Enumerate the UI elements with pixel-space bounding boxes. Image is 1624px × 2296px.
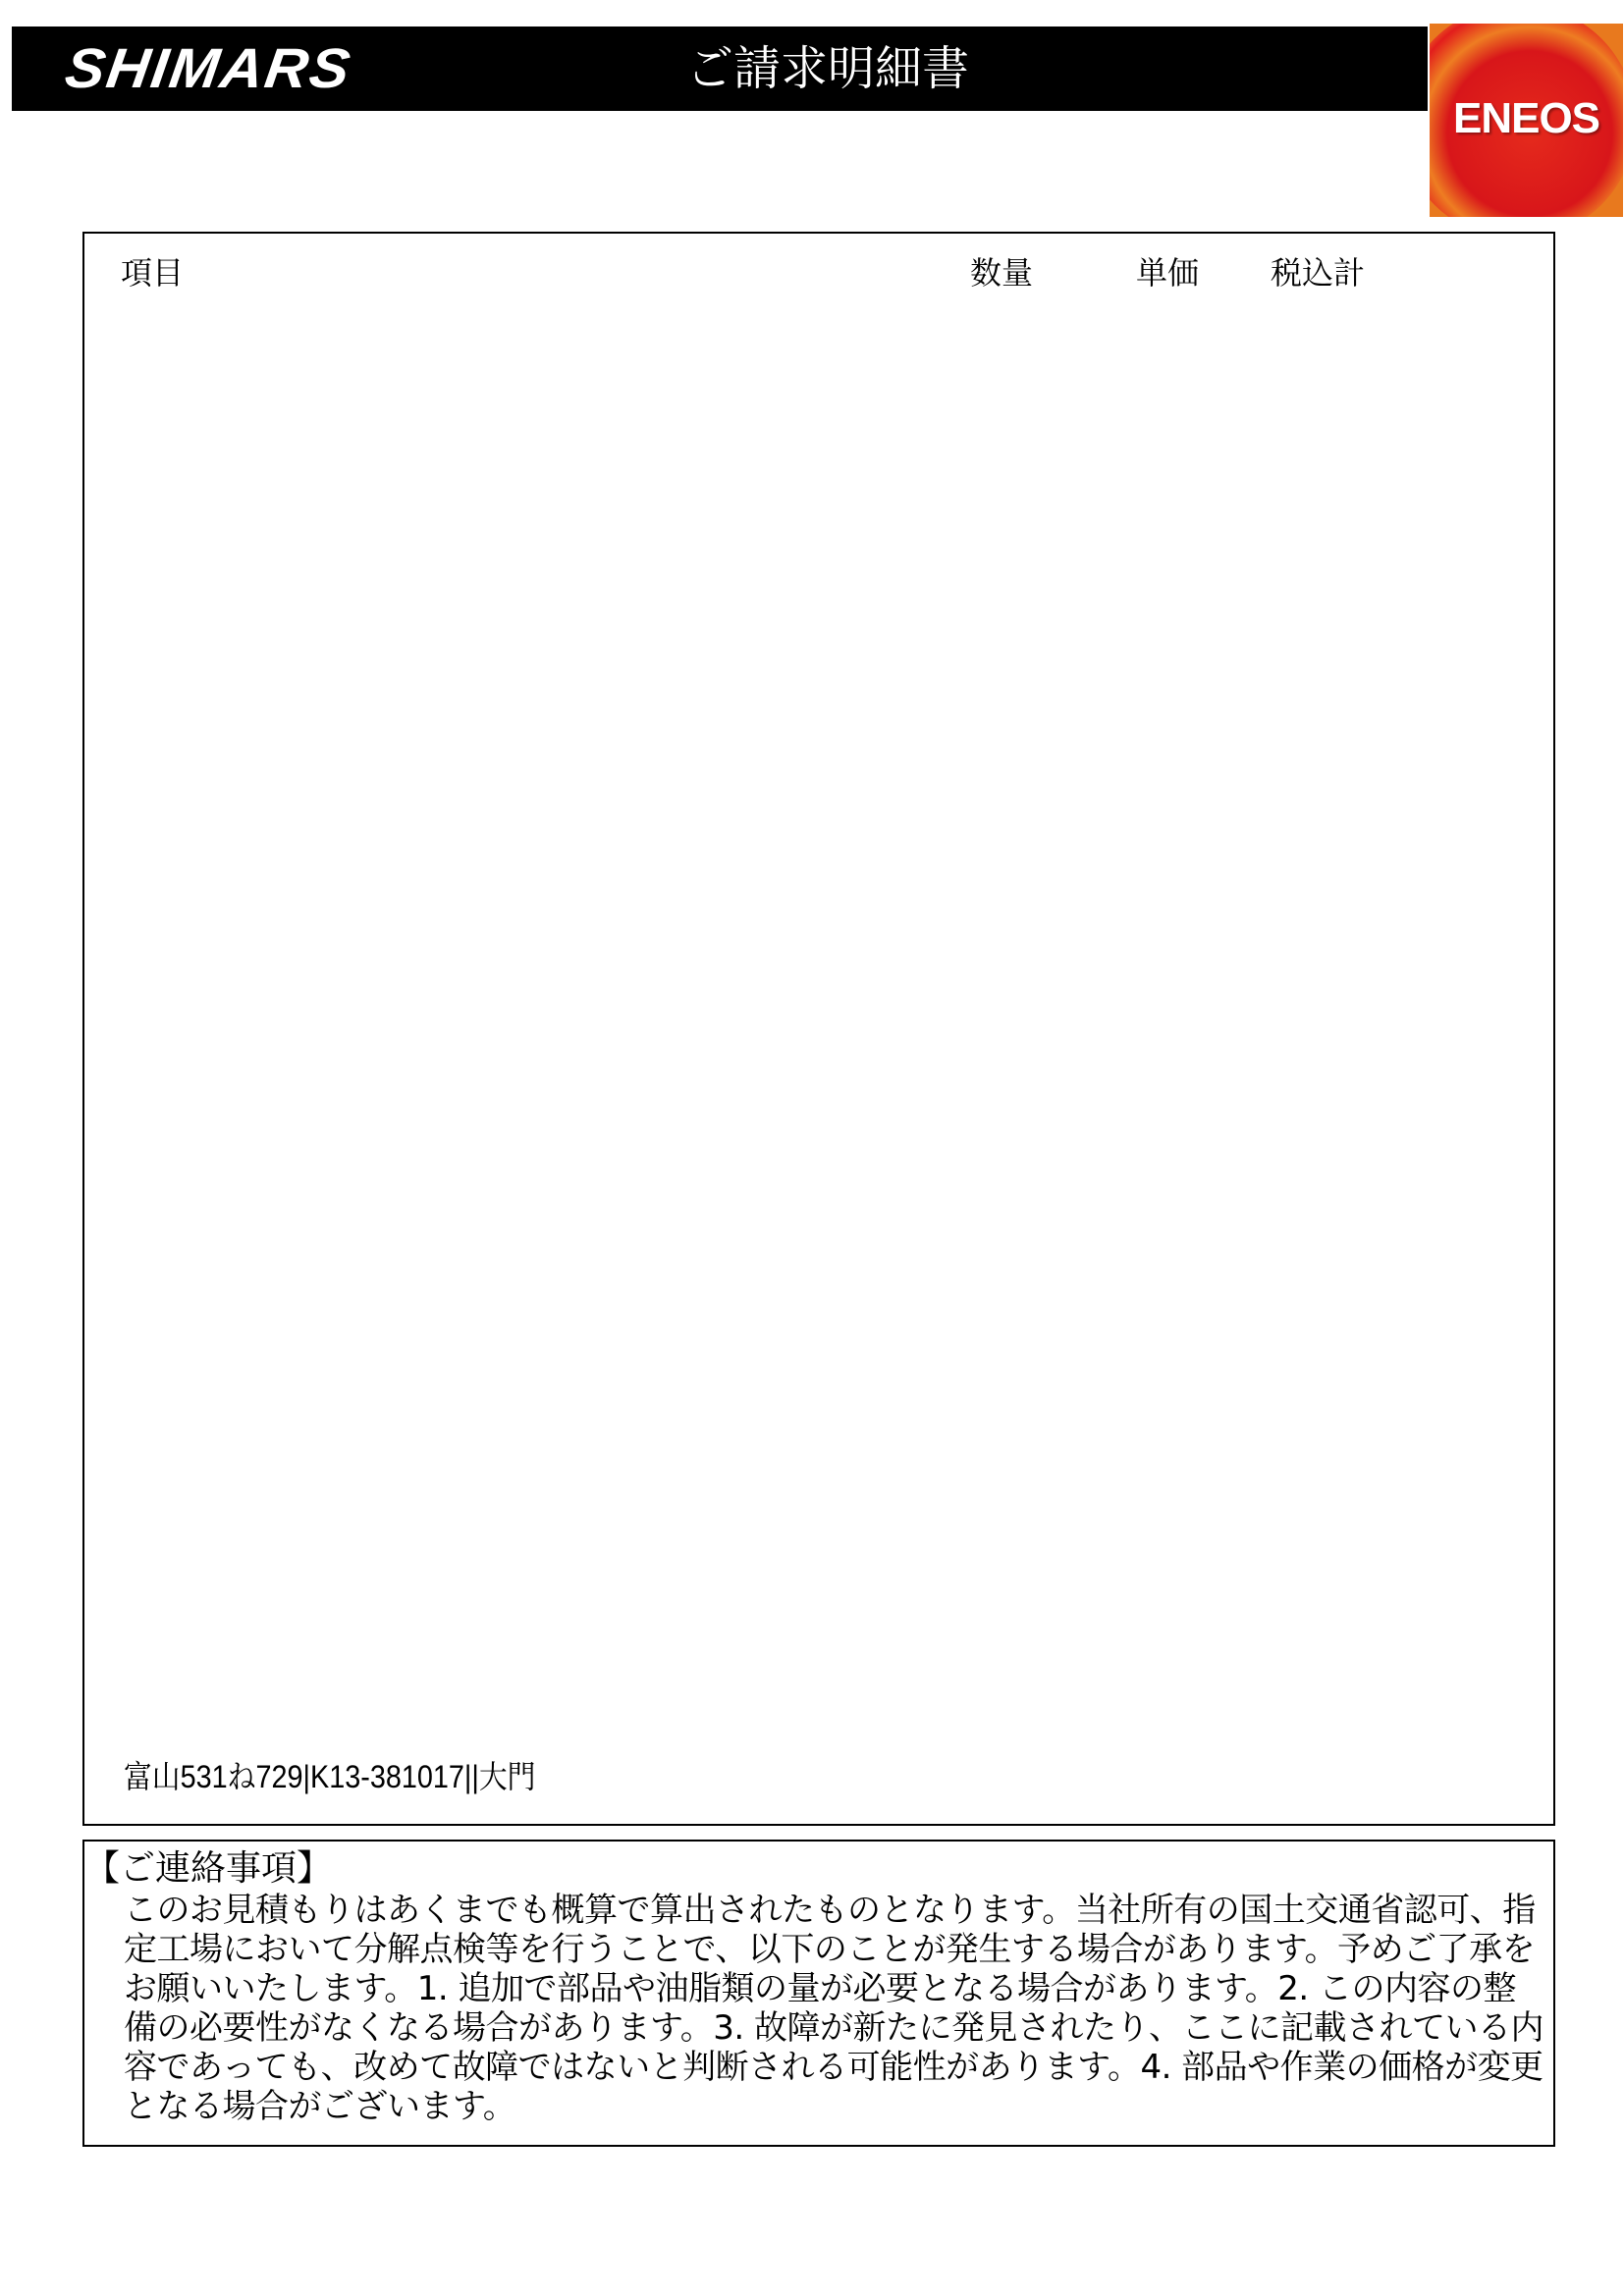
notes-body: このお見積もりはあくまでも概算で算出されたものとなります。当社所有の国土交通省認…: [124, 1891, 1547, 2126]
document-title: ご請求明細書: [12, 27, 1428, 111]
eneos-logo: ENEOS: [1430, 24, 1623, 217]
notes-box: 【ご連絡事項】 このお見積もりはあくまでも概算で算出されたものとなります。当社所…: [82, 1840, 1555, 2147]
notes-title: 【ご連絡事項】: [84, 1847, 332, 1891]
eneos-logo-text: ENEOS: [1430, 94, 1623, 143]
column-header-unit-price: 単価: [1136, 253, 1199, 293]
vehicle-info: 富山531ね729|K13-381017||大門: [124, 1756, 535, 1797]
header-bar: SHIMARS ご請求明細書: [12, 27, 1428, 111]
column-header-quantity: 数量: [970, 253, 1033, 293]
line-items-table: 項目 数量 単価 税込計 富山531ね729|K13-381017||大門: [82, 232, 1555, 1826]
column-header-item: 項目: [121, 253, 184, 293]
column-header-total-incl-tax: 税込計: [1271, 253, 1365, 293]
